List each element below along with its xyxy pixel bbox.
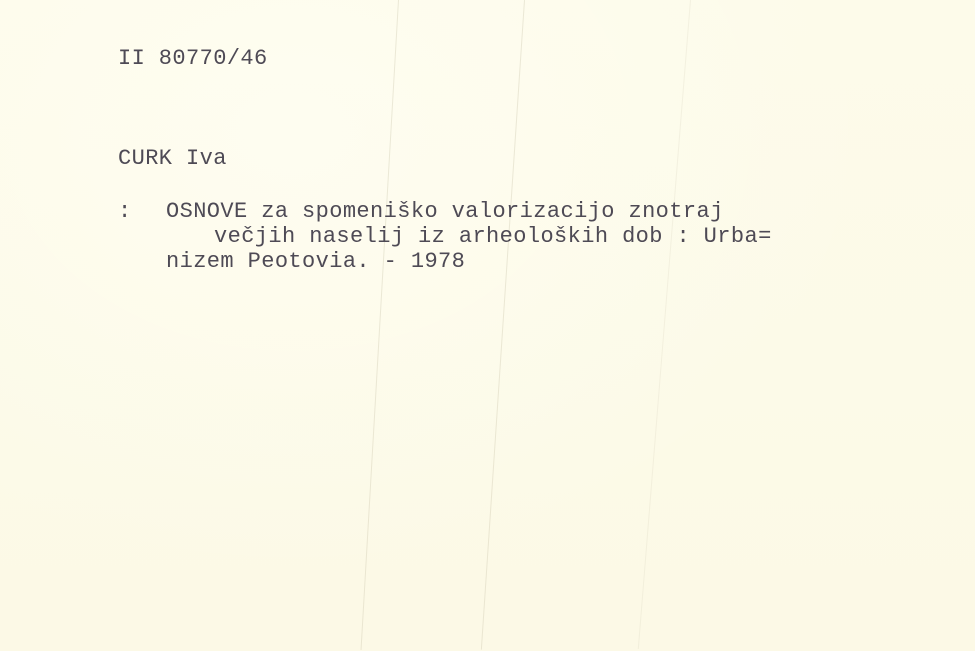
author-name: CURK Iva — [118, 147, 227, 171]
title-line-3: nizem Peotovia. - 1978 — [166, 250, 465, 274]
paper-fold-line — [361, 0, 399, 650]
call-number: II 80770/46 — [118, 47, 268, 71]
paper-fold-line — [481, 0, 525, 650]
catalog-card: II 80770/46 CURK Iva : OSNOVE za spomeni… — [0, 0, 975, 651]
paper-fold-line — [638, 0, 691, 649]
title-line-1: OSNOVE za spomeniško valorizacijo znotra… — [166, 200, 724, 224]
entry-separator: : — [118, 200, 132, 224]
title-line-2: večjih naselij iz arheoloških dob : Urba… — [214, 225, 772, 249]
